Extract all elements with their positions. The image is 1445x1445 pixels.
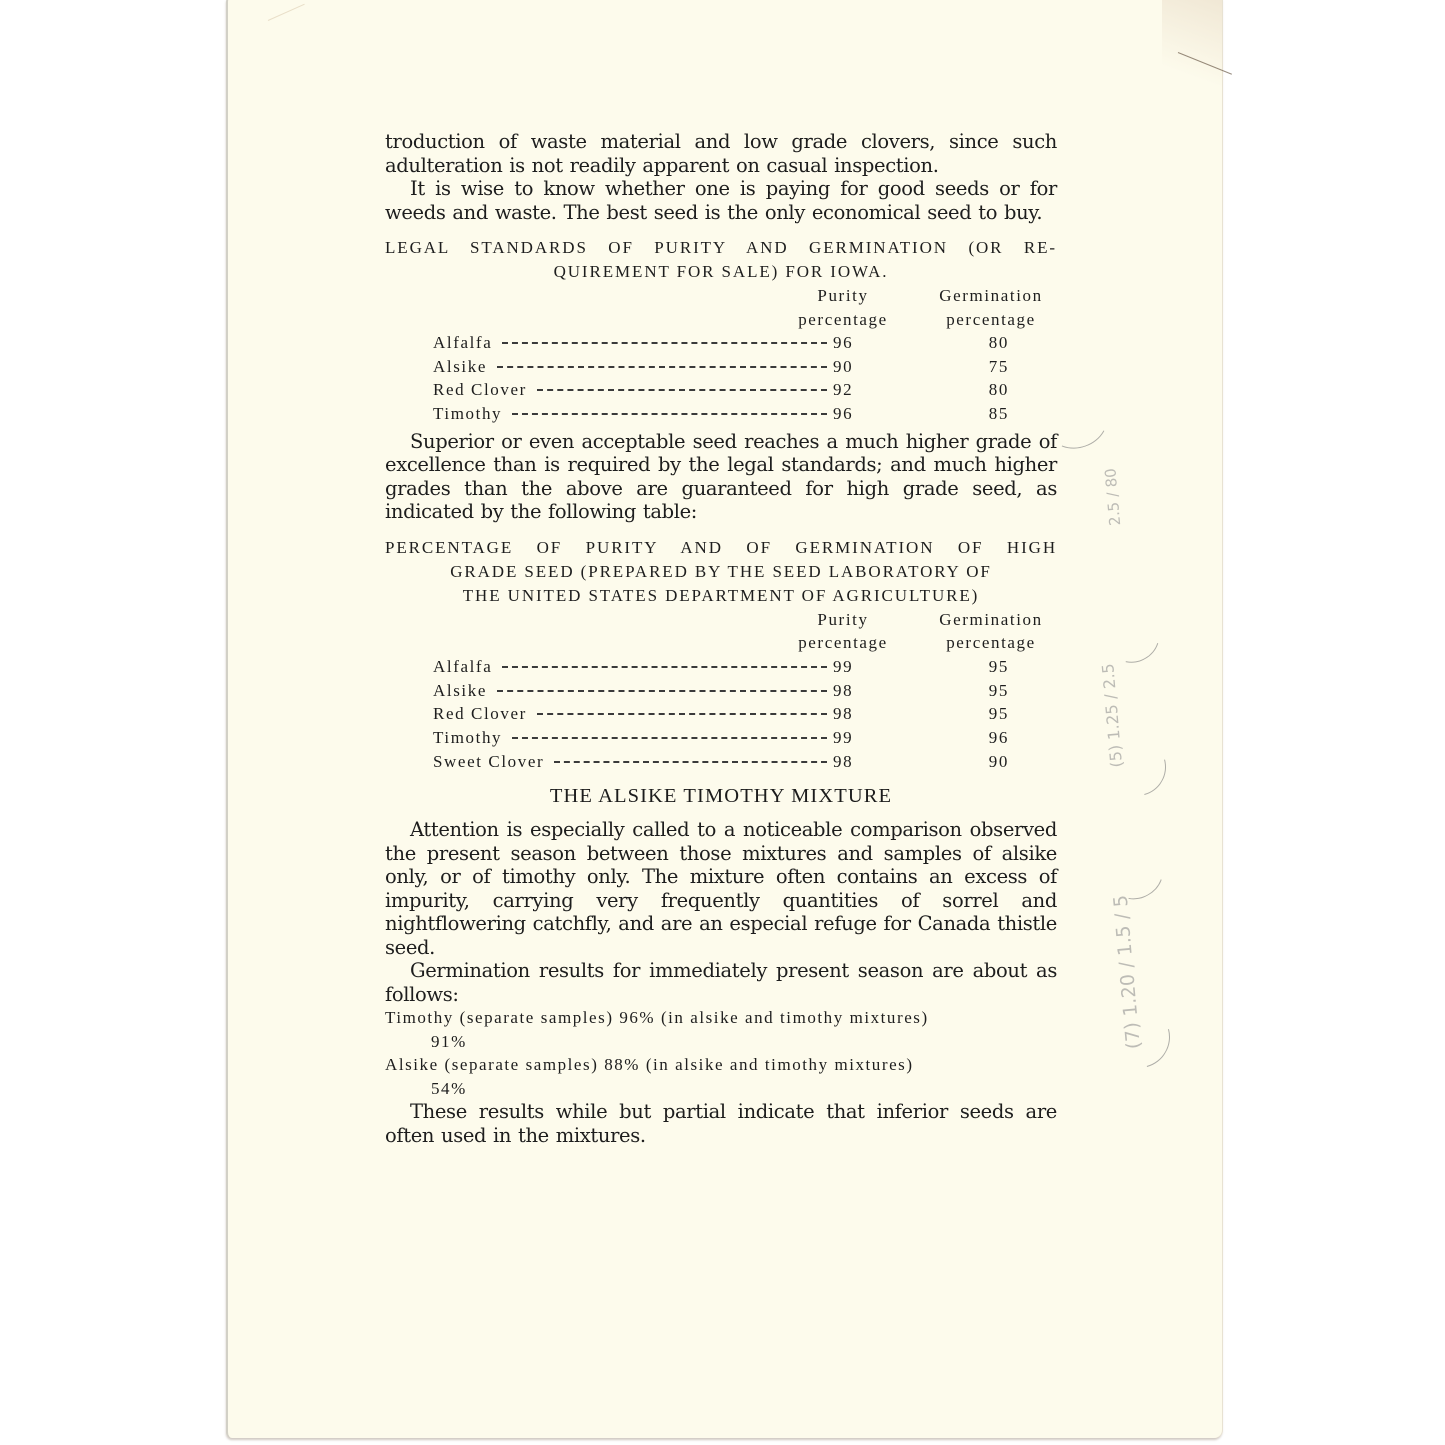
purity-value: 99 [833, 655, 871, 679]
seed-name: Red Clover [433, 702, 527, 726]
dot-leader [502, 666, 827, 668]
dot-leader [512, 737, 827, 739]
seed-name: Timothy [433, 402, 502, 426]
table-high-grade-title-line1: PERCENTAGE OF PURITY AND OF GERMINATION … [385, 536, 1057, 560]
purity-value: 98 [833, 750, 871, 774]
column-header-purity: Purity percentage [783, 284, 903, 331]
column-header-purity: Purity percentage [783, 608, 903, 655]
column-header-line: Purity [783, 608, 903, 632]
table-row: Alsike 90 75 [385, 355, 1057, 379]
column-header-line: Germination [925, 608, 1057, 632]
germination-result-alsike-cont: 54% [385, 1077, 1057, 1101]
seed-name: Alfalfa [433, 655, 492, 679]
column-header-germination: Germination percentage [925, 608, 1057, 655]
section-heading: THE ALSIKE TIMOTHY MIXTURE [385, 785, 1057, 808]
germination-value: 90 [871, 750, 1057, 774]
table-legal-title-line1: LEGAL STANDARDS OF PURITY AND GERMINATIO… [385, 236, 1057, 260]
dot-leader [502, 342, 827, 344]
germination-value: 80 [871, 331, 1057, 355]
seed-name: Sweet Clover [433, 750, 544, 774]
purity-value: 98 [833, 702, 871, 726]
seed-name: Timothy [433, 726, 502, 750]
table-high-grade-header: Purity percentage Germination percentage [385, 608, 1057, 655]
germination-value: 95 [871, 655, 1057, 679]
table-row: Red Clover 92 80 [385, 378, 1057, 402]
paragraph-conclusion: These results while but partial indicate… [385, 1100, 1057, 1147]
purity-value: 90 [833, 355, 871, 379]
purity-value: 96 [833, 331, 871, 355]
germination-value: 95 [871, 702, 1057, 726]
germination-result-timothy: Timothy (separate samples) 96% (in alsik… [385, 1006, 1057, 1030]
germination-value: 95 [871, 679, 1057, 703]
paragraph-germination-intro: Germination results for immediately pres… [385, 959, 1057, 1006]
table-row: Timothy 99 96 [385, 726, 1057, 750]
seed-name: Alsike [433, 679, 487, 703]
germination-value: 85 [871, 402, 1057, 426]
germination-value: 80 [871, 378, 1057, 402]
column-header-line: percentage [925, 308, 1057, 332]
table-legal-title: LEGAL STANDARDS OF PURITY AND GERMINATIO… [385, 236, 1057, 284]
table-row: Alsike 98 95 [385, 679, 1057, 703]
seed-name: Red Clover [433, 378, 527, 402]
germination-result-timothy-cont: 91% [385, 1030, 1057, 1054]
paper-crease [268, 4, 305, 21]
paragraph-superior: Superior or even acceptable seed reaches… [385, 430, 1057, 524]
purity-value: 96 [833, 402, 871, 426]
table-high-grade-title-line3: THE UNITED STATES DEPARTMENT OF AGRICULT… [385, 584, 1057, 608]
dot-leader [512, 413, 827, 415]
purity-value: 92 [833, 378, 871, 402]
table-legal-standards: Purity percentage Germination percentage… [385, 284, 1057, 426]
table-row: Alfalfa 99 95 [385, 655, 1057, 679]
margin-note: 2.5 / 80 [1101, 468, 1124, 527]
column-header-line: Purity [783, 284, 903, 308]
paragraph-intro-2: It is wise to know whether one is paying… [385, 177, 1057, 224]
page-edge-wear [1162, 0, 1222, 106]
table-row: Timothy 96 85 [385, 402, 1057, 426]
column-header-line: percentage [783, 631, 903, 655]
column-header-line: Germination [925, 284, 1057, 308]
dot-leader [497, 366, 827, 368]
paragraph-attention: Attention is especially called to a noti… [385, 818, 1057, 959]
table-legal-header: Purity percentage Germination percentage [385, 284, 1057, 331]
germination-value: 96 [871, 726, 1057, 750]
paragraph-intro-1: troduction of waste material and low gra… [385, 130, 1057, 177]
germination-result-alsike: Alsike (separate samples) 88% (in alsike… [385, 1053, 1057, 1077]
purity-value: 98 [833, 679, 871, 703]
table-row: Red Clover 98 95 [385, 702, 1057, 726]
seed-name: Alfalfa [433, 331, 492, 355]
dot-leader [537, 713, 827, 715]
document-page: troduction of waste material and low gra… [226, 0, 1222, 1438]
seed-name: Alsike [433, 355, 487, 379]
table-high-grade-seed: Purity percentage Germination percentage… [385, 608, 1057, 774]
column-header-line: percentage [925, 631, 1057, 655]
pencil-mark [1100, 606, 1168, 672]
table-row: Sweet Clover 98 90 [385, 750, 1057, 774]
column-header-line: percentage [783, 308, 903, 332]
table-legal-title-line2: QUIREMENT FOR SALE) FOR IOWA. [385, 260, 1057, 284]
table-row: Alfalfa 96 80 [385, 331, 1057, 355]
germination-value: 75 [871, 355, 1057, 379]
purity-value: 99 [833, 726, 871, 750]
dot-leader [497, 690, 827, 692]
page-content: troduction of waste material and low gra… [385, 130, 1057, 1147]
table-high-grade-title-line2: GRADE SEED (PREPARED BY THE SEED LABORAT… [385, 560, 1057, 584]
table-high-grade-title: PERCENTAGE OF PURITY AND OF GERMINATION … [385, 536, 1057, 608]
column-header-germination: Germination percentage [925, 284, 1057, 331]
dot-leader [537, 389, 827, 391]
dot-leader [554, 761, 827, 763]
pencil-mark [1097, 995, 1182, 1080]
